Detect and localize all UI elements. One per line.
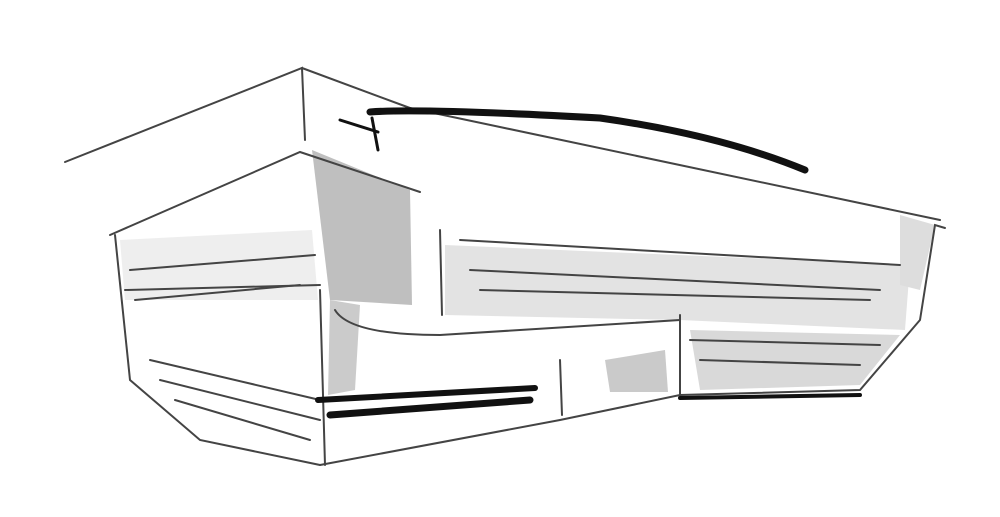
boat-sketch xyxy=(0,0,1000,517)
